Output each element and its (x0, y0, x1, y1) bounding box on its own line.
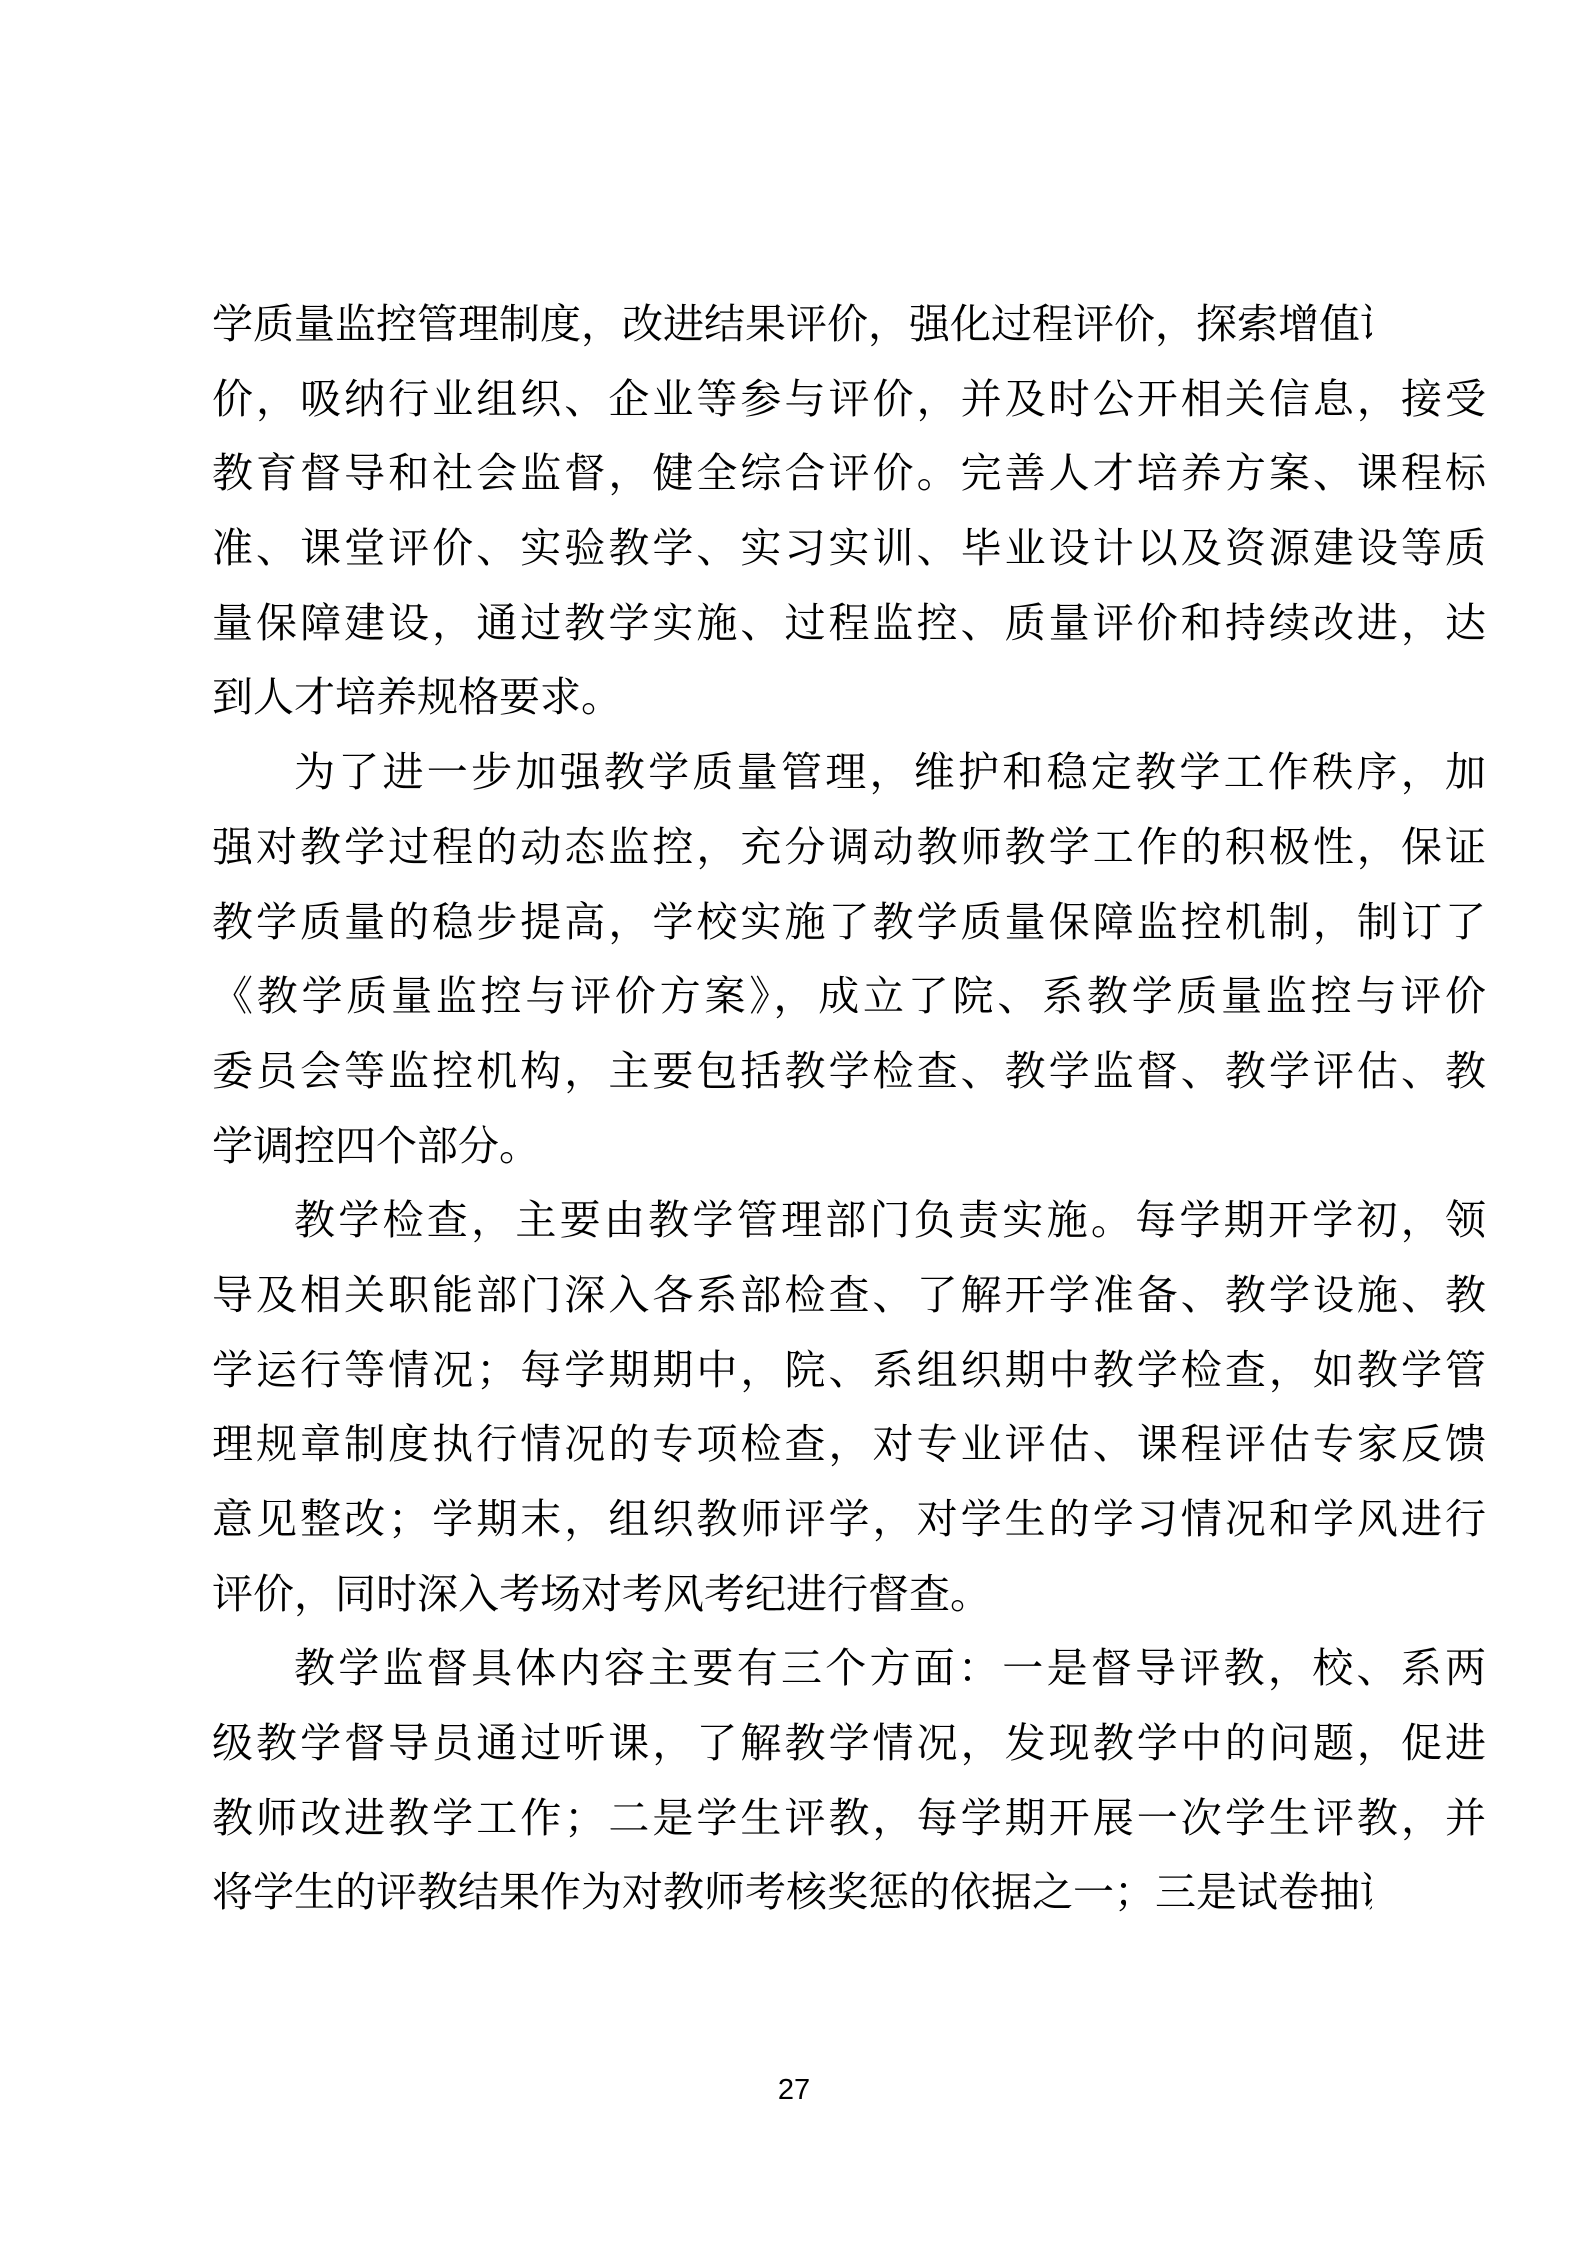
paragraph: 学质量监控管理制度，改进结果评价，强化过程评价，探索增值评 价，吸纳行业组织、企… (212, 287, 1486, 735)
text-line: 意见整改；学期末，组织教师评学，对学生的学习情况和学风进行 (212, 1482, 1486, 1557)
page-number: 27 (0, 2072, 1588, 2108)
paragraph: 为了进一步加强教学质量管理，维护和稳定教学工作秩序，加 强对教学过程的动态监控，… (212, 735, 1486, 1183)
text-body: 学质量监控管理制度，改进结果评价，强化过程评价，探索增值评 价，吸纳行业组织、企… (212, 287, 1486, 1930)
text-line: 量保障建设，通过教学实施、过程监控、质量评价和持续改进，达 (212, 586, 1486, 661)
text-line: 教师改进教学工作；二是学生评教，每学期开展一次学生评教，并 (212, 1781, 1486, 1856)
text-line: 强对教学过程的动态监控，充分调动教师教学工作的积极性，保证 (212, 810, 1486, 885)
text-line: 委员会等监控机构，主要包括教学检查、教学监督、教学评估、教 (212, 1034, 1486, 1109)
text-line: 将学生的评教结果作为对教师考核奖惩的依据之一；三是试卷抽调 (212, 1855, 1372, 1930)
text-line: 准、课堂评价、实验教学、实习实训、毕业设计以及资源建设等质 (212, 511, 1486, 586)
text-line: 学质量监控管理制度，改进结果评价，强化过程评价，探索增值评 (212, 287, 1372, 362)
text-line: 《教学质量监控与评价方案》，成立了院、系教学质量监控与评价 (212, 959, 1486, 1034)
text-line: 教育督导和社会监督，健全综合评价。完善人才培养方案、课程标 (212, 436, 1486, 511)
text-line: 教学监督具体内容主要有三个方面：一是督导评教，校、系两 (212, 1631, 1486, 1706)
text-line: 价，吸纳行业组织、企业等参与评价，并及时公开相关信息，接受 (212, 362, 1486, 437)
text-line: 学调控四个部分。 (212, 1109, 1486, 1184)
text-line: 评价，同时深入考场对考风考纪进行督查。 (212, 1557, 1486, 1632)
text-line: 学运行等情况；每学期期中，院、系组织期中教学检查，如教学管 (212, 1333, 1486, 1408)
text-line: 为了进一步加强教学质量管理，维护和稳定教学工作秩序，加 (212, 735, 1486, 810)
paragraph: 教学检查，主要由教学管理部门负责实施。每学期开学初，领 导及相关职能部门深入各系… (212, 1183, 1486, 1631)
text-line: 级教学督导员通过听课，了解教学情况，发现教学中的问题，促进 (212, 1706, 1486, 1781)
text-line: 到人才培养规格要求。 (212, 660, 1486, 735)
text-line: 导及相关职能部门深入各系部检查、了解开学准备、教学设施、教 (212, 1258, 1486, 1333)
text-line: 教学质量的稳步提高，学校实施了教学质量保障监控机制，制订了 (212, 885, 1486, 960)
paragraph: 教学监督具体内容主要有三个方面：一是督导评教，校、系两 级教学督导员通过听课，了… (212, 1631, 1486, 1930)
text-line: 理规章制度执行情况的专项检查，对专业评估、课程评估专家反馈 (212, 1407, 1486, 1482)
text-line: 教学检查，主要由教学管理部门负责实施。每学期开学初，领 (212, 1183, 1486, 1258)
document-page: 学质量监控管理制度，改进结果评价，强化过程评价，探索增值评 价，吸纳行业组织、企… (0, 0, 1588, 2245)
